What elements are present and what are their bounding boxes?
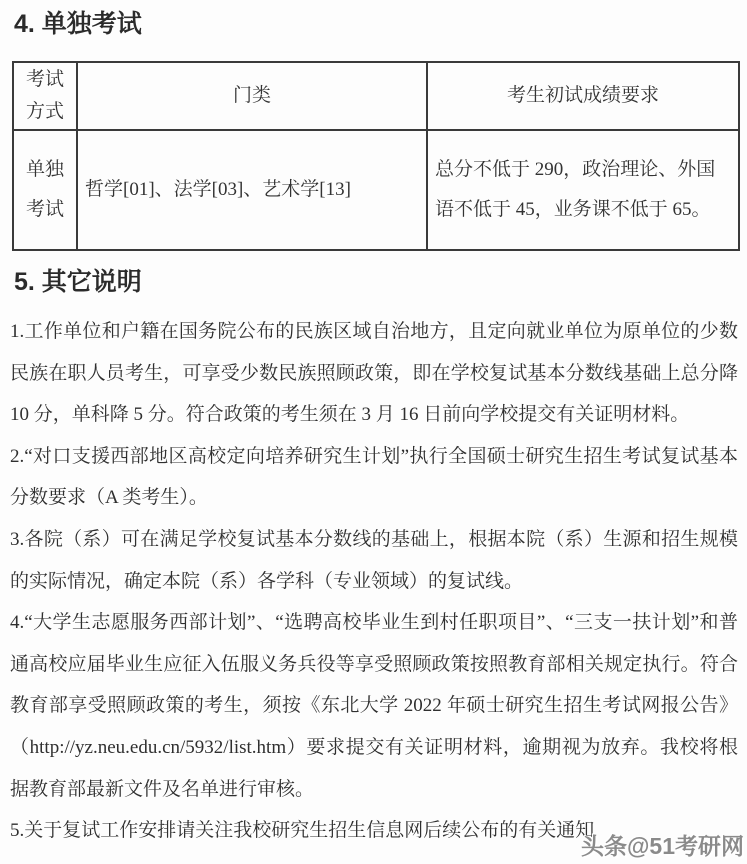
- col-header-category: 门类: [77, 62, 427, 130]
- paragraph-3: 3.各院（系）可在满足学校复试基本分数线的基础上，根据本院（系）生源和招生规模的…: [10, 519, 738, 602]
- table-header-row: 考试方式 门类 考生初试成绩要求: [13, 62, 739, 130]
- col-header-exam-type: 考试方式: [13, 62, 77, 130]
- section-4-heading: 4. 单独考试: [0, 0, 747, 39]
- paragraph-1: 1.工作单位和户籍在国务院公布的民族区域自治地方，且定向就业单位为原单位的少数民…: [10, 311, 738, 436]
- cell-categories: 哲学[01]、法学[03]、艺术学[13]: [77, 130, 427, 250]
- section-5-heading: 5. 其它说明: [0, 267, 747, 297]
- document-page: 4. 单独考试 考试方式 门类 考生初试成绩要求 单独考试 哲学[01]、法学[…: [0, 0, 747, 852]
- table-row: 单独考试 哲学[01]、法学[03]、艺术学[13] 总分不低于 290，政治理…: [13, 130, 739, 250]
- col-header-score-requirement: 考生初试成绩要求: [427, 62, 739, 130]
- watermark: 头条@51考研网: [581, 828, 744, 861]
- section-5-body: 1.工作单位和户籍在国务院公布的民族区域自治地方，且定向就业单位为原单位的少数民…: [10, 311, 738, 852]
- cell-score-requirement: 总分不低于 290，政治理论、外国语不低于 45，业务课不低于 65。: [427, 130, 739, 250]
- paragraph-2: 2.“对口支援西部地区高校定向培养研究生计划”执行全国硕士研究生招生考试复试基本…: [10, 436, 738, 519]
- paragraph-4: 4.“大学生志愿服务西部计划”、“选聘高校毕业生到村任职项目”、“三支一扶计划”…: [10, 602, 738, 810]
- cell-exam-type: 单独考试: [13, 130, 77, 250]
- exam-table: 考试方式 门类 考生初试成绩要求 单独考试 哲学[01]、法学[03]、艺术学[…: [12, 61, 740, 251]
